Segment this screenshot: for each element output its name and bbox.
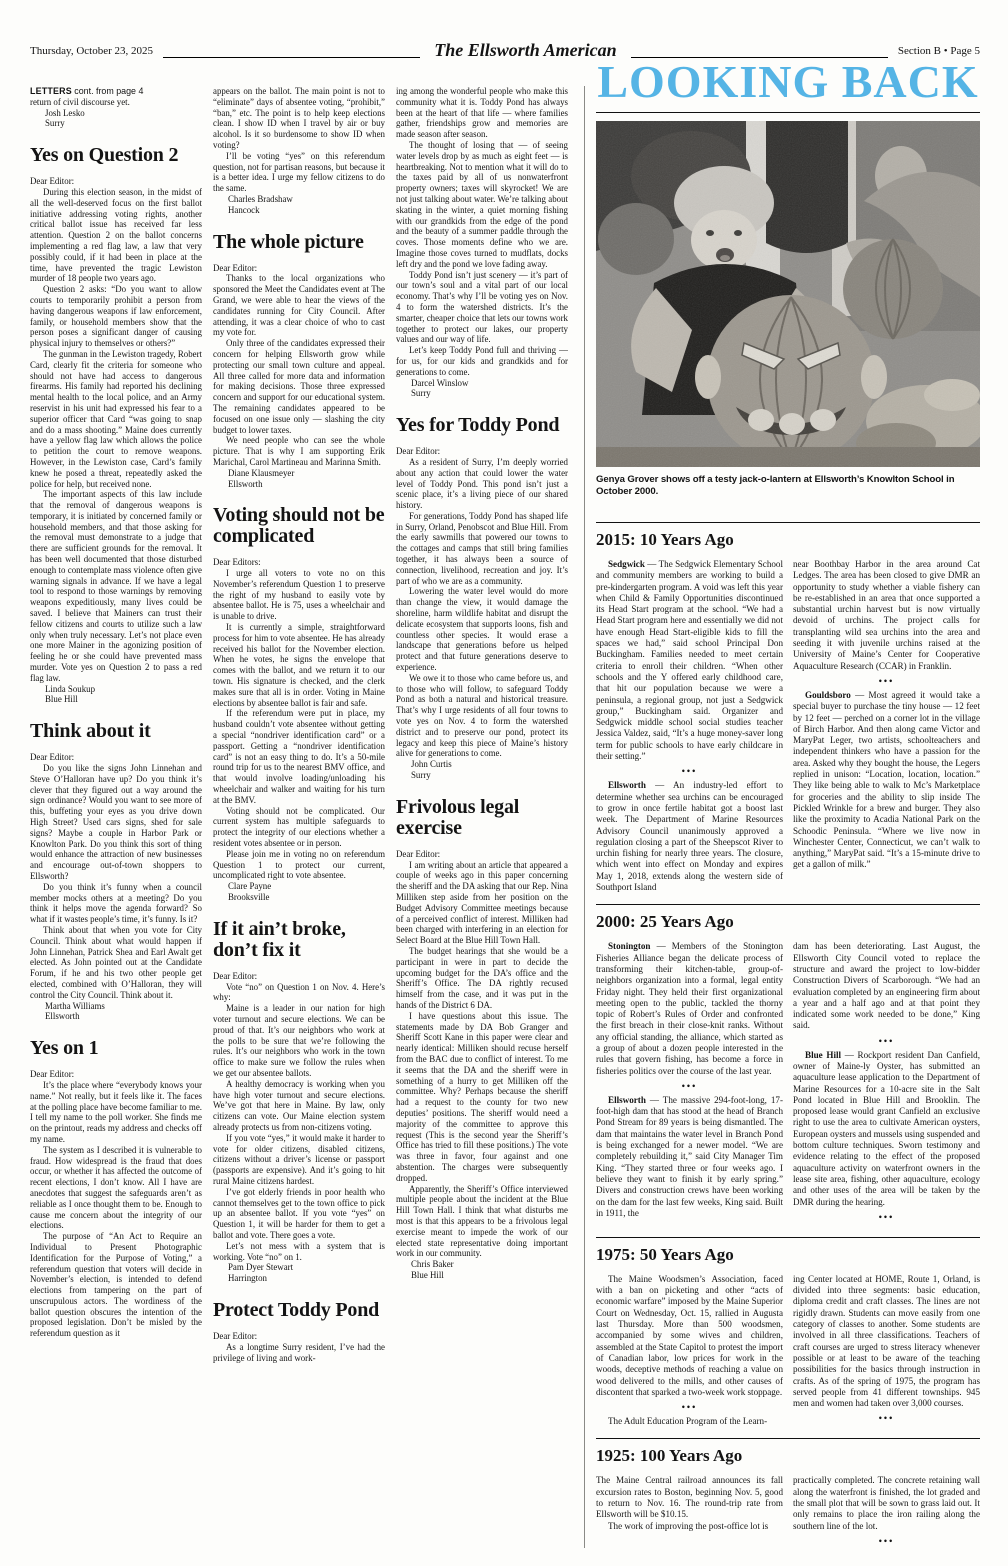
- letter-signature: John CurtisSurry: [396, 759, 568, 781]
- signature-line: Clare Payne: [228, 881, 385, 892]
- letter-headline: Think about it: [30, 721, 202, 742]
- paragraph: The thought of losing that — of seeing w…: [396, 140, 568, 270]
- item-separator: •••: [596, 1402, 783, 1412]
- letters-column-1: LETTERS cont. from page 4 return of civi…: [30, 86, 202, 1556]
- letters-section: LETTERS cont. from page 4 return of civi…: [30, 86, 570, 1556]
- looking-back-era: 2015: 10 Years AgoSedgwick — The Sedgwic…: [596, 522, 980, 893]
- era-heading: 2000: 25 Years Ago: [596, 912, 980, 932]
- paragraph: The Adult Education Program of the Learn…: [596, 1416, 783, 1427]
- era-column: Sedgwick — The Sedgwick Elementary Schoo…: [596, 559, 783, 893]
- dateline: Sedgwick: [608, 559, 645, 569]
- paragraph: Ellsworth — The massive 294-foot-long, 1…: [596, 1095, 783, 1219]
- salutation: Dear Editor:: [30, 752, 202, 763]
- letter-headline: If it ain’t broke, don’t fix it: [213, 919, 385, 961]
- masthead: The Ellsworth American: [430, 40, 620, 61]
- paragraph: We owe it to those who came before us, a…: [396, 673, 568, 759]
- signature-line: Josh Lesko: [45, 108, 202, 119]
- letters-label-rest: cont. from page 4: [72, 86, 144, 96]
- era-columns: The Maine Central railroad announces its…: [596, 1475, 980, 1549]
- paragraph: It is currently a simple, straightforwar…: [213, 622, 385, 708]
- signature-line: Linda Soukup: [45, 684, 202, 695]
- era-column: Stonington — Members of the Stonington F…: [596, 941, 783, 1226]
- paragraph: near Boothbay Harbor in the area around …: [793, 559, 980, 672]
- paragraph: If you vote “yes,” it would make it hard…: [213, 1133, 385, 1187]
- section-page-label: Section B • Page 5: [898, 45, 980, 57]
- paragraph: Let’s not mess with a system that is wor…: [213, 1241, 385, 1263]
- salutation: Dear Editor:: [213, 971, 385, 982]
- newspaper-page: Thursday, October 23, 2025 The Ellsworth…: [0, 0, 1008, 1566]
- paragraph: The Maine Central railroad announces its…: [596, 1475, 783, 1520]
- paragraph: The important aspects of this law includ…: [30, 489, 202, 683]
- signature-line: Martha Williams: [45, 1001, 202, 1012]
- paragraph: I urge all voters to vote no on this Nov…: [213, 568, 385, 622]
- salutation: Dear Editor:: [30, 176, 202, 187]
- signature-line: Ellsworth: [228, 479, 385, 490]
- paragraph: As a resident of Surry, I’m deeply worri…: [396, 457, 568, 511]
- era-column: The Maine Woodsmen’s Association, faced …: [596, 1274, 783, 1428]
- signature-line: Blue Hill: [45, 694, 202, 705]
- signature-line: Harrington: [228, 1273, 385, 1284]
- paragraph: The Maine Woodsmen’s Association, faced …: [596, 1274, 783, 1398]
- era-column: practically completed. The concrete reta…: [793, 1475, 980, 1549]
- era-columns: The Maine Woodsmen’s Association, faced …: [596, 1274, 980, 1428]
- dateline: Blue Hill: [805, 1050, 841, 1060]
- paragraph: Only three of the candidates expressed t…: [213, 338, 385, 435]
- photo-caption: Genya Grover shows off a testy jack-o-la…: [596, 474, 980, 498]
- looking-back-rule: [596, 112, 980, 113]
- paragraph: Sedgwick — The Sedgwick Elementary Schoo…: [596, 559, 783, 762]
- paragraph: I have questions about this issue. The s…: [396, 1011, 568, 1184]
- era-columns: Stonington — Members of the Stonington F…: [596, 941, 980, 1226]
- paragraph: Ellsworth — An industry-led effort to de…: [596, 780, 783, 893]
- paragraph: I’ve got elderly friends in poor health …: [213, 1187, 385, 1241]
- paragraph: ing Center located at HOME, Route 1, Orl…: [793, 1274, 980, 1410]
- letter-headline: Yes on Question 2: [30, 145, 202, 166]
- letter-signature: Martha WilliamsEllsworth: [30, 1001, 202, 1023]
- paragraph: Do you like the signs John Linnehan and …: [30, 763, 202, 882]
- paragraph: Stonington — Members of the Stonington F…: [596, 941, 783, 1077]
- signature-line: Surry: [411, 388, 568, 399]
- letter-headline: Voting should not be complicated: [213, 505, 385, 547]
- paragraph: I am writing about an article that appea…: [396, 860, 568, 946]
- letter-signature: Clare PayneBrooksville: [213, 881, 385, 903]
- signature-line: Hancock: [228, 205, 385, 216]
- signature-line: Charles Bradshaw: [228, 194, 385, 205]
- letter-signature: Linda SoukupBlue Hill: [30, 684, 202, 706]
- salutation: Dear Editor:: [213, 1331, 385, 1342]
- paragraph: The gunman in the Lewiston tragedy, Robe…: [30, 349, 202, 489]
- letter-headline: The whole picture: [213, 232, 385, 253]
- paragraph: Voting should not be complicated. Our cu…: [213, 806, 385, 849]
- paragraph: The purpose of “An Act to Require an Ind…: [30, 1231, 202, 1339]
- item-separator: •••: [793, 1536, 980, 1546]
- looking-back-title: LOOKING BACK: [596, 56, 980, 108]
- letter-headline: Protect Toddy Pond: [213, 1300, 385, 1321]
- paragraph: We need people who can see the whole pic…: [213, 435, 385, 467]
- letter-headline: Yes on 1: [30, 1038, 202, 1059]
- paragraph: Blue Hill — Rockport resident Dan Canfie…: [793, 1050, 980, 1208]
- dateline: Stonington: [608, 941, 650, 951]
- paragraph: Do you think it’s funny when a council m…: [30, 882, 202, 925]
- item-separator: •••: [793, 1036, 980, 1046]
- paragraph: Maine is a leader in our nation for high…: [213, 1003, 385, 1079]
- signature-line: Surry: [411, 770, 568, 781]
- item-separator: •••: [793, 1413, 980, 1423]
- jack-o-lantern-photo: [596, 121, 980, 467]
- era-sections: 2015: 10 Years AgoSedgwick — The Sedgwic…: [596, 522, 980, 1550]
- item-separator: •••: [793, 676, 980, 686]
- looking-back-era: 2000: 25 Years AgoStonington — Members o…: [596, 904, 980, 1226]
- era-column: dam has been deteriorating. Last August,…: [793, 941, 980, 1226]
- signature-line: Blue Hill: [411, 1270, 568, 1281]
- paragraph: practically completed. The concrete reta…: [793, 1475, 980, 1531]
- letter-signature: Josh LeskoSurry: [30, 108, 202, 130]
- salutation: Dear Editor:: [213, 263, 385, 274]
- era-column: ing Center located at HOME, Route 1, Orl…: [793, 1274, 980, 1428]
- signature-line: Brooksville: [228, 892, 385, 903]
- looking-back-era: 1975: 50 Years AgoThe Maine Woodsmen’s A…: [596, 1237, 980, 1428]
- era-columns: Sedgwick — The Sedgwick Elementary Schoo…: [596, 559, 980, 893]
- paragraph: I’ll be voting “yes” on this referendum …: [213, 151, 385, 194]
- letter-signature: Chris BakerBlue Hill: [396, 1259, 568, 1281]
- item-separator: •••: [596, 766, 783, 776]
- paragraph: Gouldsboro — Most agreed it would take a…: [793, 690, 980, 871]
- signature-line: Surry: [45, 118, 202, 129]
- letters-column-2: appears on the ballot. The main point is…: [213, 86, 385, 1556]
- paragraph: During this election season, in the mids…: [30, 187, 202, 284]
- issue-date: Thursday, October 23, 2025: [30, 45, 153, 57]
- letters-continued-label: LETTERS cont. from page 4: [30, 86, 202, 97]
- paragraph: Please join me in voting no on referendu…: [213, 849, 385, 881]
- signature-line: Diane Klausmeyer: [228, 468, 385, 479]
- paragraph: Think about that when you vote for City …: [30, 925, 202, 1001]
- paragraph: return of civil discourse yet.: [30, 97, 202, 108]
- paragraph: ing among the wonderful people who make …: [396, 86, 568, 140]
- salutation: Dear Editor:: [396, 849, 568, 860]
- item-separator: •••: [793, 1212, 980, 1222]
- salutation: Dear Editors:: [213, 557, 385, 568]
- paragraph: Thanks to the local organizations who sp…: [213, 273, 385, 338]
- era-heading: 2015: 10 Years Ago: [596, 530, 980, 550]
- paragraph: If the referendum were put in place, my …: [213, 708, 385, 805]
- paragraph: appears on the ballot. The main point is…: [213, 86, 385, 151]
- era-heading: 1925: 100 Years Ago: [596, 1446, 980, 1466]
- paragraph: Question 2 asks: “Do you want to allow c…: [30, 284, 202, 349]
- paragraph: Apparently, the Sheriff’s Office intervi…: [396, 1184, 568, 1260]
- dateline: Ellsworth: [608, 1095, 646, 1105]
- paragraph: Let’s keep Toddy Pond full and thriving …: [396, 345, 568, 377]
- signature-line: Pam Dyer Stewart: [228, 1262, 385, 1273]
- vertical-divider: [584, 86, 585, 1548]
- dateline: Ellsworth: [608, 780, 646, 790]
- letter-signature: Darcel WinslowSurry: [396, 378, 568, 400]
- paragraph: As a longtime Surry resident, I’ve had t…: [213, 1342, 385, 1364]
- era-column: The Maine Central railroad announces its…: [596, 1475, 783, 1549]
- paragraph: It’s the place where “everybody knows yo…: [30, 1080, 202, 1145]
- paragraph: Lowering the water level would do more t…: [396, 586, 568, 672]
- letters-column-3: ing among the wonderful people who make …: [396, 86, 568, 1556]
- signature-line: Ellsworth: [45, 1011, 202, 1022]
- signature-line: John Curtis: [411, 759, 568, 770]
- signature-line: Chris Baker: [411, 1259, 568, 1270]
- letter-signature: Charles BradshawHancock: [213, 194, 385, 216]
- dateline: Gouldsboro: [805, 690, 851, 700]
- salutation: Dear Editor:: [396, 446, 568, 457]
- looking-back-era: 1925: 100 Years AgoThe Maine Central rai…: [596, 1438, 980, 1549]
- paragraph: A healthy democracy is working when you …: [213, 1079, 385, 1133]
- paragraph: The work of improving the post-office lo…: [596, 1521, 783, 1532]
- paragraph: The system as I described it is vulnerab…: [30, 1145, 202, 1231]
- paragraph: Toddy Pond isn’t just scenery — it’s par…: [396, 270, 568, 346]
- item-separator: •••: [596, 1081, 783, 1091]
- letters-label-bold: LETTERS: [30, 86, 72, 96]
- paragraph: For generations, Toddy Pond has shaped l…: [396, 511, 568, 587]
- letter-headline: Frivolous legal exercise: [396, 797, 568, 839]
- letter-signature: Diane KlausmeyerEllsworth: [213, 468, 385, 490]
- letter-signature: Pam Dyer StewartHarrington: [213, 1262, 385, 1284]
- looking-back-section: LOOKING BACK: [596, 56, 980, 1550]
- paragraph: Vote “no” on Question 1 on Nov. 4. Here’…: [213, 982, 385, 1004]
- signature-line: Darcel Winslow: [411, 378, 568, 389]
- paragraph: dam has been deteriorating. Last August,…: [793, 941, 980, 1031]
- era-heading: 1975: 50 Years Ago: [596, 1245, 980, 1265]
- salutation: Dear Editor:: [30, 1069, 202, 1080]
- letter-headline: Yes for Toddy Pond: [396, 415, 568, 436]
- header-rule-left: [163, 57, 420, 58]
- paragraph: The budget hearings that she would be a …: [396, 946, 568, 1011]
- era-column: near Boothbay Harbor in the area around …: [793, 559, 980, 893]
